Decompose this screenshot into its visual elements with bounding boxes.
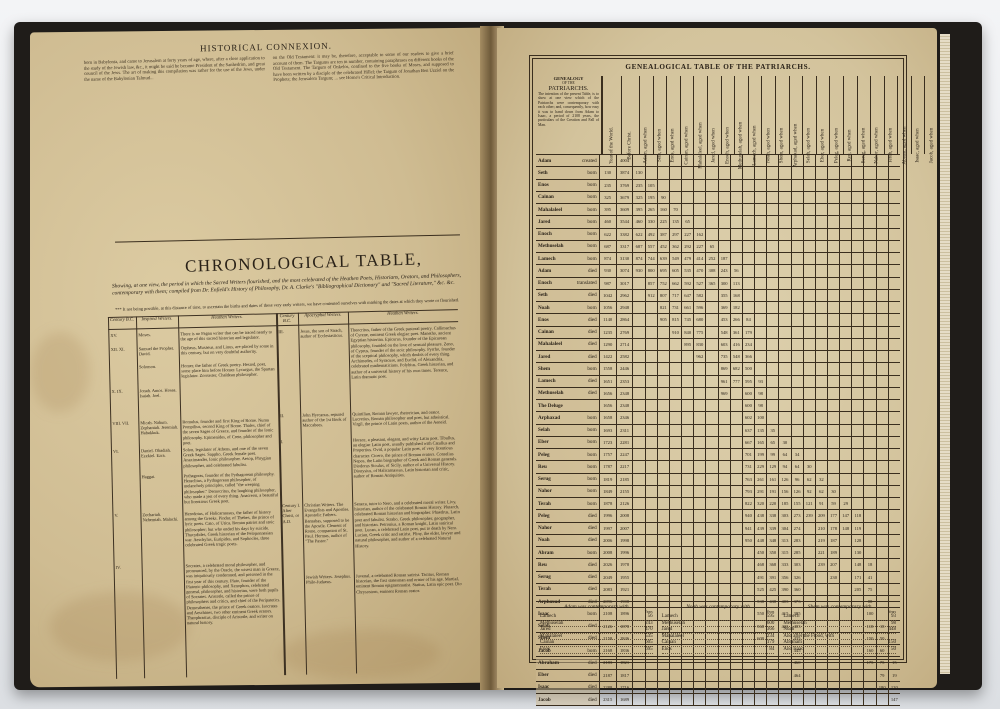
- patriarch-name: Cainan: [540, 640, 554, 646]
- patriarch-name: Jared: [538, 354, 550, 360]
- age-cell: [730, 474, 742, 486]
- age-cell: 602: [742, 412, 754, 424]
- table-row: Selahborn1693231163713535: [536, 425, 900, 437]
- age-cell: 840: [681, 327, 693, 339]
- age-cell: 662: [669, 278, 681, 290]
- table-row: Adamdied93030749308006956055354703082435…: [536, 265, 900, 277]
- age-cell: [730, 229, 742, 241]
- event-cell: Eberdied: [536, 670, 599, 682]
- age-cell: [645, 572, 657, 584]
- age-cell: [645, 547, 657, 559]
- age-cell: 320: [754, 498, 766, 510]
- age-cell: 3874: [616, 167, 633, 179]
- age-cell: [730, 461, 742, 473]
- age-cell: [705, 155, 717, 167]
- age-cell: [766, 155, 778, 167]
- event-cell: The Deluge: [536, 400, 599, 412]
- age-cell: [645, 351, 657, 363]
- age-cell: [669, 547, 681, 559]
- age-cell: 339: [766, 523, 778, 535]
- age-cell: [876, 486, 888, 498]
- age-cell: [839, 363, 851, 375]
- patriarch-name: Jacob: [538, 697, 551, 703]
- age-cell: [791, 425, 803, 437]
- age-cell: [778, 694, 790, 706]
- age-cell: [681, 670, 693, 682]
- age-cell: 129: [766, 461, 778, 473]
- age-cell: [803, 400, 815, 412]
- age-cell: 2864: [616, 314, 633, 326]
- age-cell: [827, 216, 839, 228]
- age-cell: [705, 657, 717, 669]
- age-cell: [851, 412, 863, 424]
- heathen-cell: Juvenal, a celebrated Roman satirist. Ta…: [356, 571, 462, 594]
- patriarch-name: Methuselah: [783, 621, 806, 627]
- age-cell: 297: [669, 229, 681, 241]
- age-cell: [645, 670, 657, 682]
- event-cell: Mahalaleeldied: [536, 339, 599, 351]
- age-cell: [803, 180, 815, 192]
- age-cell: [851, 229, 863, 241]
- column-header: Abram, aged when: [897, 76, 911, 154]
- age-cell: [815, 180, 827, 192]
- age-cell: 912: [645, 290, 657, 302]
- age-cell: [742, 302, 754, 314]
- age-cell: [876, 461, 888, 473]
- age-cell: 2006: [599, 535, 616, 547]
- age-cell: 1921: [616, 584, 633, 596]
- patriarch-name: Methuselah: [540, 621, 563, 627]
- inspired-cell: Haggai.: [142, 473, 180, 479]
- age-cell: [888, 523, 900, 535]
- age-cell: [657, 584, 669, 596]
- inspired-cell: Moses.: [138, 331, 176, 337]
- event-cell: Nahorborn: [536, 486, 599, 498]
- age-cell: 930: [632, 265, 644, 277]
- age-cell: 92: [803, 486, 815, 498]
- age-cell: [876, 253, 888, 265]
- age-cell: [766, 192, 778, 204]
- patriarch-name: Noah: [783, 627, 794, 633]
- patriarch-name: Cainan: [662, 640, 676, 646]
- age-cell: [669, 461, 681, 473]
- column-headers: Year of the World.Before Christ.Adam, ag…: [602, 76, 900, 154]
- event-cell: Lamechborn: [536, 253, 599, 265]
- age-cell: [876, 694, 888, 706]
- age-cell: [645, 449, 657, 461]
- age-cell: [657, 351, 669, 363]
- event-cell: Adamdied: [536, 265, 599, 277]
- age-cell: 416: [730, 339, 742, 351]
- age-cell: [815, 400, 827, 412]
- age-cell: [705, 584, 717, 596]
- age-cell: [876, 584, 888, 596]
- age-cell: [888, 327, 900, 339]
- age-cell: [839, 351, 851, 363]
- age-cell: 120: [888, 682, 900, 694]
- age-cell: 126: [778, 474, 790, 486]
- age-cell: [888, 584, 900, 596]
- patriarch-name: Enos: [538, 317, 549, 323]
- age-cell: [815, 657, 827, 669]
- age-cell: 1723: [599, 437, 616, 449]
- age-cell: 1651: [599, 376, 616, 388]
- age-cell: [742, 241, 754, 253]
- age-cell: 292: [681, 241, 693, 253]
- event-cell: Sethdied: [536, 290, 599, 302]
- age-cell: [778, 180, 790, 192]
- contemporary-item: Lamech56: [540, 614, 653, 621]
- column-header: Enoch, aged when: [721, 76, 735, 154]
- age-cell: 1997: [599, 523, 616, 535]
- age-cell: 731: [742, 461, 754, 473]
- age-cell: [839, 167, 851, 179]
- age-cell: [718, 498, 730, 510]
- age-cell: [645, 657, 657, 669]
- age-cell: [754, 327, 766, 339]
- age-cell: [632, 682, 644, 694]
- age-cell: [705, 192, 717, 204]
- age-cell: [815, 339, 827, 351]
- age-cell: [839, 694, 851, 706]
- age-cell: [730, 510, 742, 522]
- age-cell: [705, 400, 717, 412]
- age-cell: [803, 192, 815, 204]
- event-type: born: [587, 464, 596, 470]
- age-cell: [766, 670, 778, 682]
- age-cell: 19: [888, 670, 900, 682]
- age-cell: [827, 461, 839, 473]
- age-cell: 62: [815, 486, 827, 498]
- age-cell: [839, 559, 851, 571]
- age-cell: [803, 204, 815, 216]
- age-cell: 70: [669, 204, 681, 216]
- age-cell: 777: [730, 376, 742, 388]
- age-cell: 2281: [616, 437, 633, 449]
- column-header-label: Jacob, aged when: [929, 128, 934, 163]
- age-cell: [815, 351, 827, 363]
- age-cell: 119: [851, 523, 863, 535]
- age-cell: 2026: [599, 559, 616, 571]
- age-cell: [839, 461, 851, 473]
- age-cell: 291: [754, 486, 766, 498]
- age-cell: [681, 523, 693, 535]
- age-cell: [705, 510, 717, 522]
- age-cell: [827, 351, 839, 363]
- patriarch-name: Isaac: [538, 684, 549, 690]
- age-cell: [742, 229, 754, 241]
- age-cell: [876, 351, 888, 363]
- age-cell: [839, 670, 851, 682]
- years-value: 595: [767, 614, 775, 620]
- age-cell: [851, 376, 863, 388]
- age-cell: [778, 229, 790, 241]
- age-cell: [815, 229, 827, 241]
- age-cell: [778, 204, 790, 216]
- table-row: Noahborn10562948821731661596369182: [536, 302, 900, 314]
- age-cell: [827, 412, 839, 424]
- age-cell: [718, 449, 730, 461]
- years-value: 695: [645, 647, 653, 653]
- age-cell: [803, 535, 815, 547]
- age-cell: [681, 559, 693, 571]
- age-cell: 303: [778, 510, 790, 522]
- age-cell: [803, 682, 815, 694]
- age-cell: 647: [681, 290, 693, 302]
- event-cell: Cainanborn: [536, 192, 599, 204]
- age-cell: [766, 339, 778, 351]
- age-cell: [778, 265, 790, 277]
- years-value: 366: [767, 627, 775, 633]
- age-cell: [754, 339, 766, 351]
- age-cell: [645, 510, 657, 522]
- age-cell: [681, 192, 693, 204]
- age-cell: [876, 363, 888, 375]
- age-cell: [888, 510, 900, 522]
- age-cell: [599, 155, 616, 167]
- age-cell: 325: [632, 192, 644, 204]
- age-cell: [693, 363, 705, 375]
- event-cell: Methuselahborn: [536, 241, 599, 253]
- patriarch-name: Terah: [538, 586, 551, 592]
- age-cell: [657, 572, 669, 584]
- age-cell: [730, 241, 742, 253]
- age-cell: [632, 302, 644, 314]
- column-header: Terah, aged when: [884, 76, 898, 154]
- contemporary-item: And Isaac50: [783, 647, 896, 654]
- age-cell: [718, 241, 730, 253]
- age-cell: [766, 351, 778, 363]
- table-row: Noahdied20061998950448348313283219187128: [536, 535, 900, 547]
- age-cell: 195: [645, 192, 657, 204]
- age-cell: [888, 535, 900, 547]
- age-cell: 368: [766, 559, 778, 571]
- age-cell: 210: [815, 523, 827, 535]
- event-type: born: [587, 231, 596, 237]
- age-cell: [815, 425, 827, 437]
- age-cell: 600: [742, 400, 754, 412]
- age-cell: [632, 425, 644, 437]
- age-cell: 391: [766, 572, 778, 584]
- age-cell: 91: [815, 498, 827, 510]
- years-value: 605: [645, 640, 653, 646]
- century-cell: II.: [280, 413, 298, 419]
- age-cell: 365: [705, 278, 717, 290]
- age-cell: [657, 180, 669, 192]
- age-cell: 239: [803, 510, 815, 522]
- event-cell: Reuborn: [536, 461, 599, 473]
- patriarch-name: Enos: [540, 647, 550, 653]
- event-cell: Enochborn: [536, 229, 599, 241]
- age-cell: 333: [778, 559, 790, 571]
- age-cell: 527: [693, 278, 705, 290]
- age-cell: [730, 486, 742, 498]
- age-cell: [754, 682, 766, 694]
- contemporary-item: Cainan179: [662, 640, 775, 647]
- age-cell: [705, 339, 717, 351]
- age-cell: 113: [730, 278, 742, 290]
- patriarch-name: Selah: [538, 427, 550, 433]
- age-cell: 219: [815, 535, 827, 547]
- event-cell: Selahborn: [536, 425, 599, 437]
- age-cell: [851, 449, 863, 461]
- age-cell: [815, 302, 827, 314]
- age-cell: [766, 412, 778, 424]
- patriarch-name: Shem: [538, 366, 550, 372]
- age-cell: [632, 290, 644, 302]
- age-cell: 41: [863, 572, 875, 584]
- column-header-label: Isaac, aged when: [916, 128, 921, 162]
- age-cell: [730, 425, 742, 437]
- years-value: 179: [767, 640, 775, 646]
- age-cell: 265: [645, 204, 657, 216]
- table-intro: GENEALOGY OF THE PATRIARCHS. The intenti…: [536, 76, 602, 154]
- age-cell: [863, 376, 875, 388]
- header-century-2: Century B.C.: [277, 313, 297, 323]
- age-cell: 2155: [616, 486, 633, 498]
- age-cell: 300: [718, 278, 730, 290]
- age-cell: [657, 510, 669, 522]
- age-cell: [791, 155, 803, 167]
- event-type: born: [587, 256, 596, 262]
- age-cell: [851, 461, 863, 473]
- age-cell: 492: [645, 229, 657, 241]
- age-cell: [778, 339, 790, 351]
- age-cell: 1998: [616, 535, 633, 547]
- age-cell: [681, 155, 693, 167]
- age-cell: [791, 241, 803, 253]
- age-cell: 30: [827, 486, 839, 498]
- age-cell: [718, 694, 730, 706]
- age-cell: [657, 425, 669, 437]
- age-cell: [863, 412, 875, 424]
- age-cell: [730, 559, 742, 571]
- column-rule: [298, 313, 307, 675]
- patriarch-name: Methuselah: [538, 243, 563, 249]
- age-cell: [730, 192, 742, 204]
- event-type: died: [588, 390, 597, 396]
- age-cell: 961: [718, 376, 730, 388]
- age-cell: 1558: [599, 363, 616, 375]
- age-cell: [778, 192, 790, 204]
- age-cell: [766, 204, 778, 216]
- age-cell: [718, 657, 730, 669]
- age-cell: [778, 327, 790, 339]
- age-cell: [851, 253, 863, 265]
- age-cell: [876, 155, 888, 167]
- age-cell: [766, 327, 778, 339]
- age-cell: 800: [645, 265, 657, 277]
- event-cell: Methuselahdied: [536, 388, 599, 400]
- age-cell: [693, 572, 705, 584]
- age-cell: [766, 229, 778, 241]
- contemporary-item: Jared470: [540, 627, 653, 634]
- event-cell: Arphaxadborn: [536, 412, 599, 424]
- age-cell: [863, 425, 875, 437]
- age-cell: [681, 167, 693, 179]
- column-header: Peleg, aged when: [829, 76, 843, 154]
- age-cell: 147: [888, 694, 900, 706]
- age-cell: [645, 474, 657, 486]
- age-cell: [766, 241, 778, 253]
- age-cell: [888, 253, 900, 265]
- age-cell: 874: [632, 253, 644, 265]
- age-cell: [791, 412, 803, 424]
- age-cell: [718, 167, 730, 179]
- age-cell: 182: [730, 302, 742, 314]
- age-cell: 243: [718, 265, 730, 277]
- event-cell: Terahborn: [536, 498, 599, 510]
- age-cell: 348: [766, 535, 778, 547]
- column-rule: [136, 316, 145, 678]
- age-cell: 227: [693, 241, 705, 253]
- age-cell: [681, 498, 693, 510]
- age-cell: 15: [888, 657, 900, 669]
- age-cell: [693, 670, 705, 682]
- table-row: Jaredborn460354446033022513565: [536, 216, 900, 228]
- age-cell: [742, 204, 754, 216]
- age-cell: 1656: [599, 388, 616, 400]
- age-cell: [815, 682, 827, 694]
- age-cell: 34: [791, 449, 803, 461]
- age-cell: [681, 474, 693, 486]
- age-cell: 1658: [599, 412, 616, 424]
- age-cell: [705, 180, 717, 192]
- age-cell: [851, 192, 863, 204]
- age-cell: [657, 682, 669, 694]
- age-cell: [791, 167, 803, 179]
- age-cell: [778, 682, 790, 694]
- age-cell: [669, 559, 681, 571]
- age-cell: [851, 278, 863, 290]
- age-cell: 745: [681, 314, 693, 326]
- age-cell: 763: [742, 474, 754, 486]
- age-cell: [778, 670, 790, 682]
- age-cell: 2126: [616, 498, 633, 510]
- age-cell: 3317: [616, 241, 633, 253]
- column-header: Eber, aged when: [816, 76, 830, 154]
- table-row: Abramborn20081996450350315285221189130: [536, 547, 900, 559]
- age-cell: [839, 682, 851, 694]
- age-cell: [778, 167, 790, 179]
- century-cell: X. IX.: [112, 388, 136, 394]
- age-cell: [754, 216, 766, 228]
- age-cell: [876, 302, 888, 314]
- age-cell: [766, 278, 778, 290]
- age-cell: 425: [766, 584, 778, 596]
- patriarch-name: Seth: [538, 170, 548, 176]
- age-cell: 701: [742, 449, 754, 461]
- age-cell: 491: [754, 572, 766, 584]
- text-column-1: born in Babylonia, and came to Jerusalem…: [84, 55, 270, 240]
- age-cell: [718, 180, 730, 192]
- age-cell: [803, 290, 815, 302]
- age-cell: [851, 682, 863, 694]
- age-cell: 735: [718, 351, 730, 363]
- age-cell: 2183: [599, 657, 616, 669]
- age-cell: 227: [681, 229, 693, 241]
- age-cell: [705, 216, 717, 228]
- event-type: died: [588, 317, 597, 323]
- event-type: died: [588, 378, 597, 384]
- age-cell: [827, 474, 839, 486]
- patriarch-name: Noah: [538, 537, 550, 543]
- age-cell: [851, 400, 863, 412]
- age-cell: [839, 412, 851, 424]
- table-row: Enochborn6223382622492387297227162: [536, 229, 900, 241]
- age-cell: [791, 229, 803, 241]
- age-cell: [791, 339, 803, 351]
